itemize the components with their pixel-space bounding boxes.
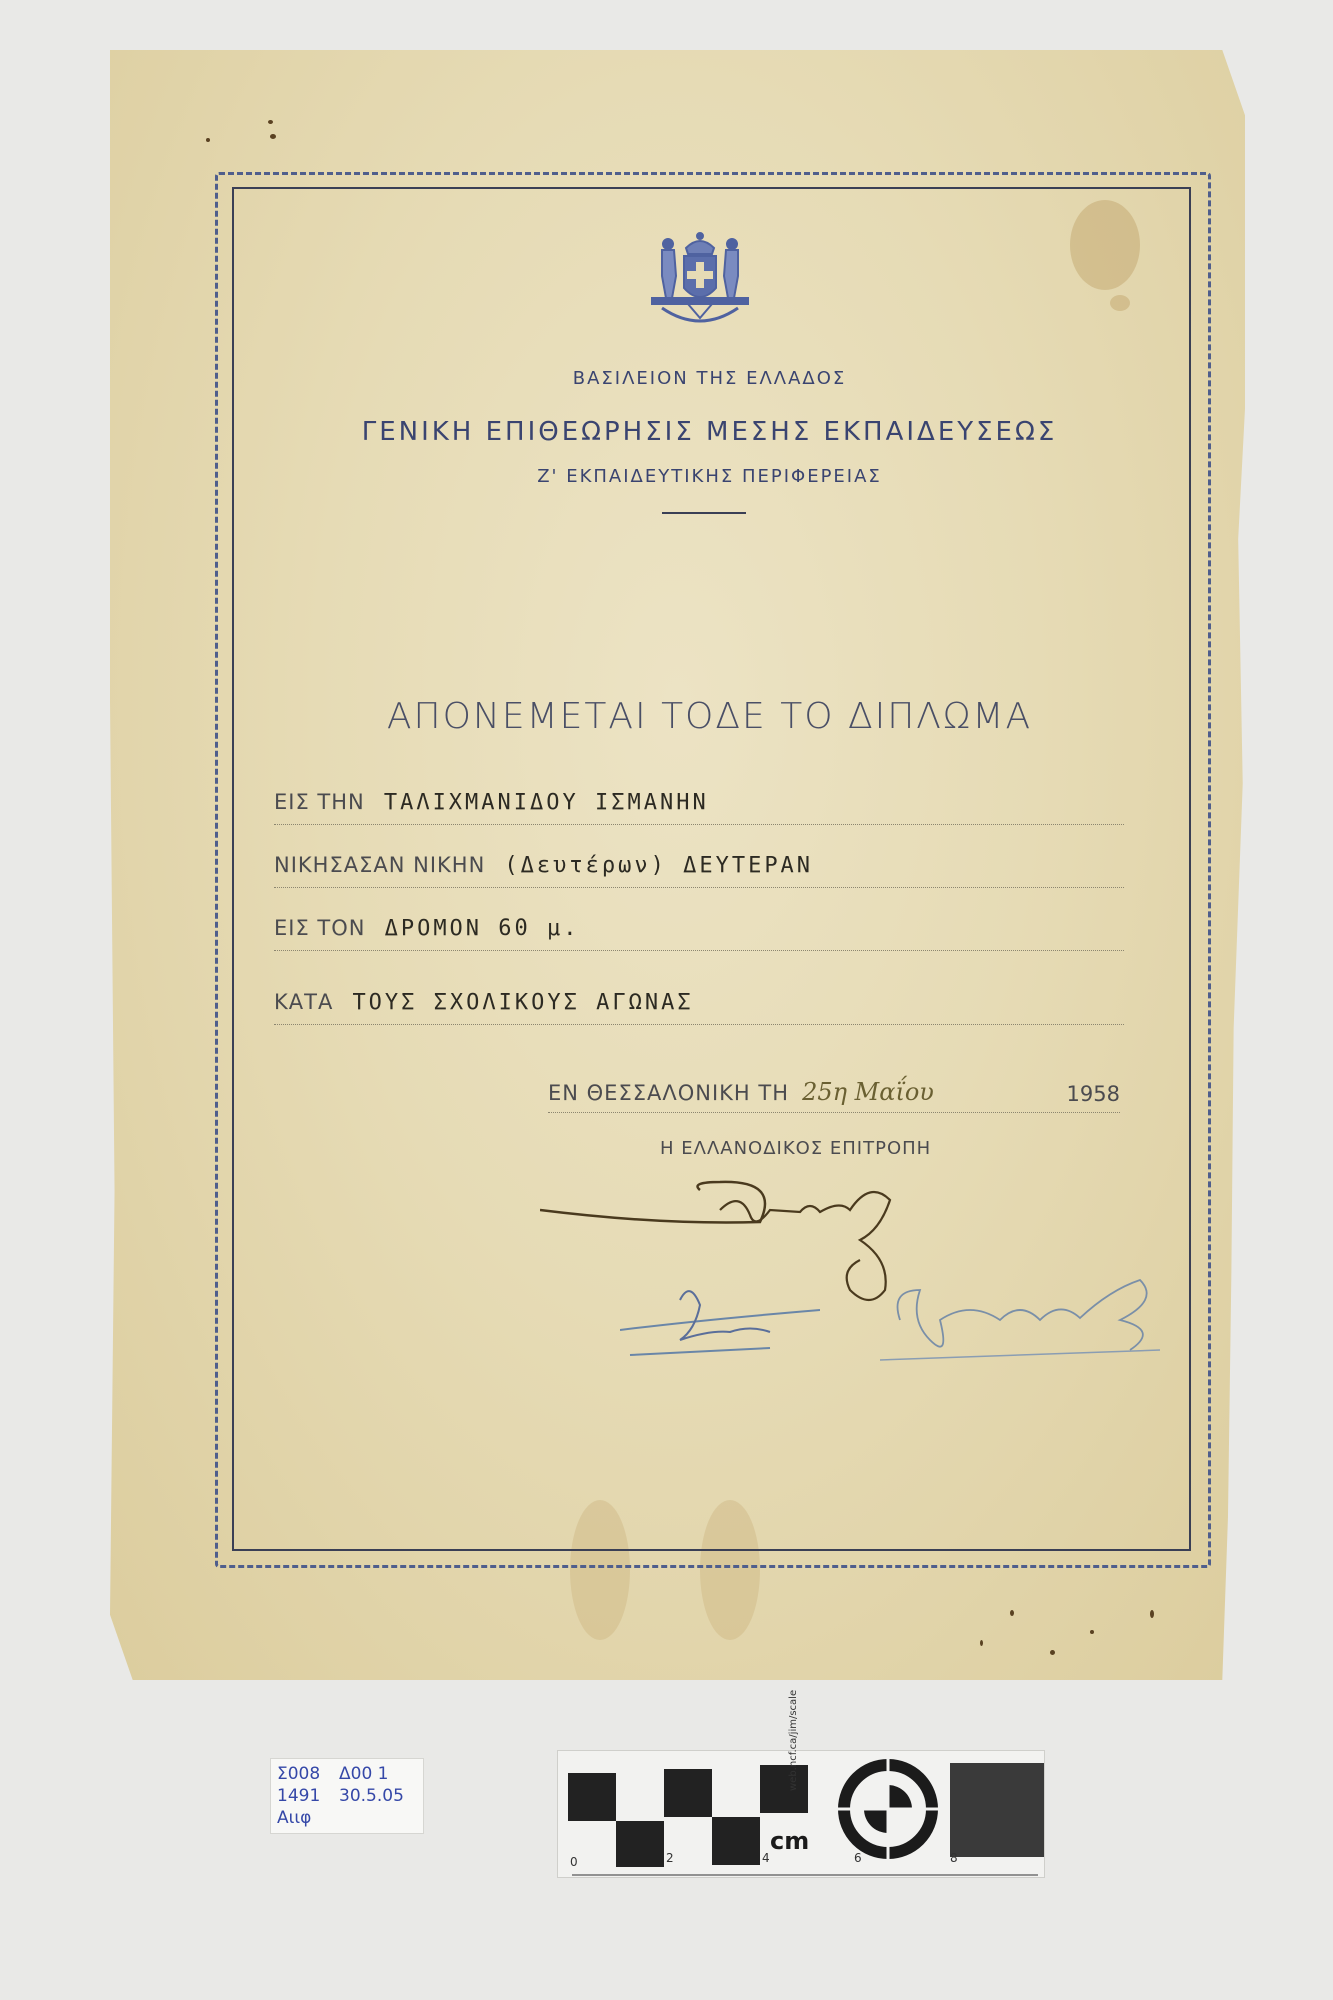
archive-label: Σ008Δ00 1 149130.5.05 Αιιφ: [270, 1758, 424, 1834]
recipient-name: ΤΑΛΙΧΜΑΝΙΔΟΥ ΙΣΜΑΝΗΝ: [384, 790, 709, 815]
committee-label: Η ΕΛΛΑΝΟΔΙΚΟΣ ΕΠΙΤΡΟΠΗ: [660, 1138, 931, 1159]
tick-2: 2: [666, 1851, 674, 1865]
tick-4: 4: [762, 1851, 770, 1865]
label-code: Αιιφ: [277, 1807, 339, 1829]
date-value: 25η Μαΐου: [802, 1078, 934, 1106]
recipient-line: ΕΙΣ ΤΗΝ ΤΑΛΙΧΜΑΝΙΔΟΥ ΙΣΜΑΝΗΝ: [274, 790, 1124, 825]
year-value: 1958: [1067, 1082, 1120, 1106]
foxing-spot: [1230, 1460, 1234, 1466]
foxing-spot: [268, 120, 273, 124]
tick-0: 0: [570, 1855, 578, 1869]
competition-line: ΚΑΤΑ ΤΟΥΣ ΣΧΟΛΙΚΟΥΣ ΑΓΩΝΑΣ: [274, 990, 1124, 1025]
competition-value: ΤΟΥΣ ΣΧΟΛΙΚΟΥΣ ΑΓΩΝΑΣ: [352, 990, 693, 1015]
label-code: Σ008: [277, 1763, 339, 1785]
event-line: ΕΙΣ ΤΟΝ ΔΡΟΜΟΝ 60 μ.: [274, 916, 1124, 951]
scale-url: web.ncf.ca/jim/scale: [788, 1690, 799, 1791]
label-date: 30.5.05: [339, 1785, 404, 1807]
foxing-spot: [1090, 1630, 1094, 1634]
region-heading: Ζ' ΕΚΠΑΙΔΕΥΤΙΚΗΣ ΠΕΡΙΦΕΡΕΙΑΣ: [232, 466, 1187, 487]
placement-value: (Δευτέρων) ΔΕΥΤΕΡΑΝ: [504, 853, 813, 878]
printed-label: ΝΙΚΗΣΑΣΑΝ ΝΙΚΗΝ: [274, 853, 485, 877]
foxing-spot: [1010, 1610, 1014, 1616]
event-value: ΔΡΟΜΟΝ 60 μ.: [385, 916, 580, 941]
tick-6: 6: [854, 1851, 862, 1865]
kingdom-heading: ΒΑΣΙΛΕΙΟΝ ΤΗΣ ΕΛΛΑΔΟΣ: [232, 368, 1187, 389]
signature-3: [880, 1260, 1170, 1380]
foxing-spot: [1050, 1650, 1055, 1655]
date-line: ΕΝ ΘΕΣΣΑΛΟΝΙΚΗ ΤΗ 25η Μαΐου 1958: [548, 1078, 1120, 1113]
header-divider: [662, 512, 746, 514]
photo-scale-bar: cm web.ncf.ca/jim/scale 0 2 4 6 8: [557, 1750, 1045, 1878]
scale-unit: cm: [770, 1827, 809, 1855]
tick-8: 8: [950, 1851, 958, 1865]
label-code: Δ00 1: [339, 1763, 401, 1785]
inspectorate-heading: ΓΕΝΙΚΗ ΕΠΙΘΕΩΡΗΣΙΣ ΜΕΣΗΣ ΕΚΠΑΙΔΕΥΣΕΩΣ: [232, 417, 1187, 447]
printed-label: ΚΑΤΑ: [274, 990, 333, 1014]
foxing-spot: [1150, 1610, 1154, 1618]
signature-2: [620, 1270, 820, 1370]
diploma-title: ΑΠΟΝΕΜΕΤΑΙ ΤΟΔΕ ΤΟ ΔΙΠΛΩΜΑ: [232, 696, 1187, 737]
printed-label: ΕΙΣ ΤΟΝ: [274, 916, 365, 940]
printed-label: ΕΙΣ ΤΗΝ: [274, 790, 365, 814]
foxing-spot: [270, 134, 276, 139]
victory-line: ΝΙΚΗΣΑΣΑΝ ΝΙΚΗΝ (Δευτέρων) ΔΕΥΤΕΡΑΝ: [274, 853, 1124, 888]
place-label: ΕΝ ΘΕΣΣΑΛΟΝΙΚΗ ΤΗ: [548, 1081, 789, 1105]
foxing-spot: [206, 138, 210, 142]
label-code: 1491: [277, 1785, 339, 1807]
foxing-spot: [980, 1640, 983, 1646]
greek-royal-coat-of-arms-icon: [648, 226, 752, 334]
